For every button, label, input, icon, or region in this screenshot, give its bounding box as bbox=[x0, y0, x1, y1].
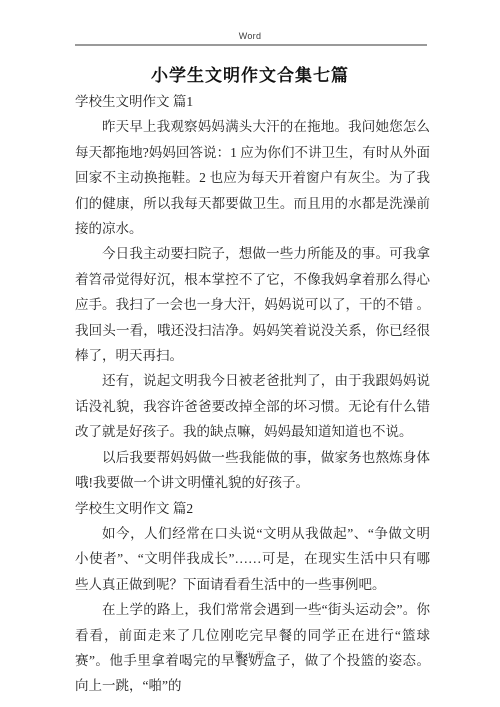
section-heading-2: 学校生文明作文 篇2 bbox=[75, 496, 430, 521]
paragraph: 还有，说起文明我今日被老爸批判了，由于我跟妈妈说话没礼貌，我容许爸爸要改掉全部的… bbox=[75, 368, 430, 444]
document-body: 学校生文明作文 篇1 昨天早上我观察妈妈满头大汗的在拖地。我问她您怎么每天都拖地… bbox=[75, 89, 430, 699]
paragraph: 今日我主动要扫院子，想做一些力所能及的事。可我拿着笤帚觉得好沉，根本掌控不了它，… bbox=[75, 241, 430, 368]
page-number-label: 第 1 页 bbox=[235, 650, 266, 660]
page-footer: 第 1 页 bbox=[0, 645, 500, 663]
section-heading-1: 学校生文明作文 篇1 bbox=[75, 89, 430, 114]
paragraph: 如今，人们经常在口头说“文明从我做起”、“争做文明小使者”、“文明伴我成长”……… bbox=[75, 521, 430, 597]
header-divider bbox=[75, 44, 427, 46]
document-page: Word 小学生文明作文合集七篇 学校生文明作文 篇1 昨天早上我观察妈妈满头大… bbox=[0, 0, 500, 707]
paragraph: 昨天早上我观察妈妈满头大汗的在拖地。我问她您怎么每天都拖地?妈妈回答说：1 应为… bbox=[75, 114, 430, 241]
document-title: 小学生文明作文合集七篇 bbox=[0, 63, 500, 89]
document-header: Word bbox=[0, 0, 500, 46]
header-app-label: Word bbox=[0, 30, 500, 42]
paragraph: 以后我要帮妈妈做一些我能做的事，做家务也熬炼身体哦!我要做一个讲文明懂礼貌的好孩… bbox=[75, 445, 430, 496]
